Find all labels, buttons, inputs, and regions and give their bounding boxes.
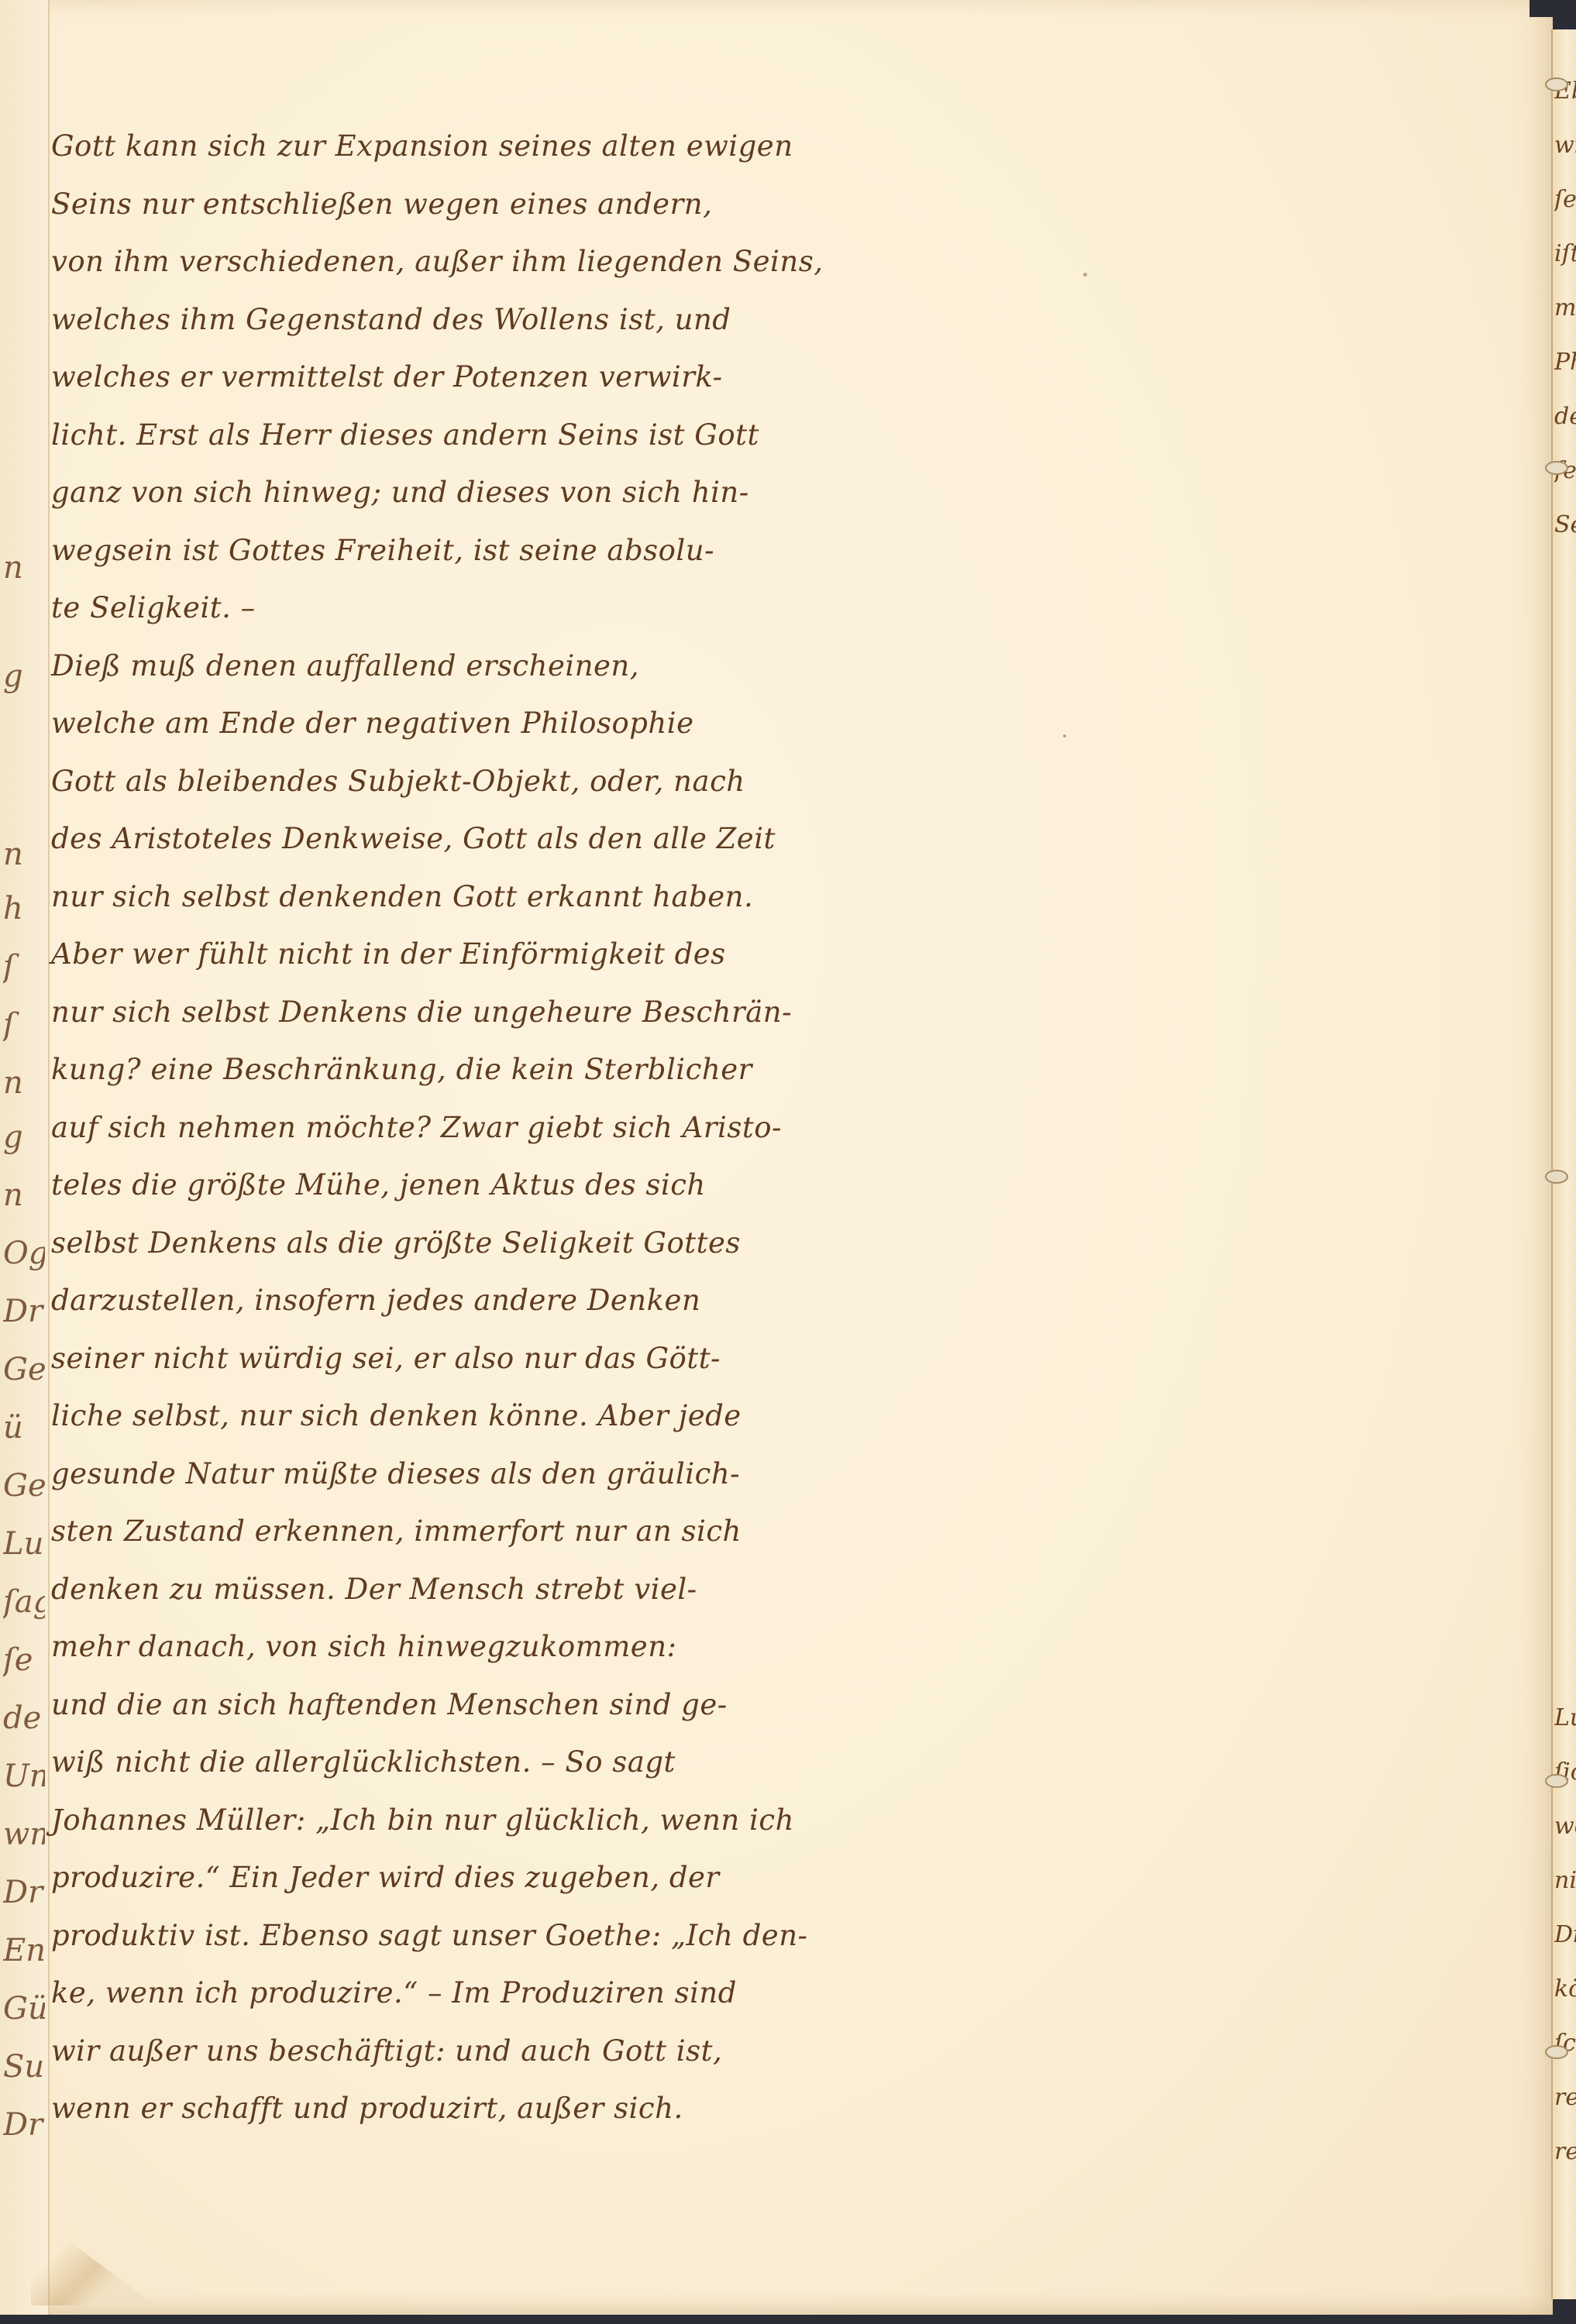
manuscript-line: kung? eine Beschränkung, die kein Sterbl… (51, 1041, 872, 1099)
margin-fragment: de (3, 1700, 45, 1736)
manuscript-line: des Aristoteles Denkweise, Gott als den … (51, 810, 872, 868)
manuscript-line: produktiv ist. Ebenso sagt unser Goethe:… (51, 1907, 872, 1965)
manuscript-line: wenn er schafft und produzirt, außer sic… (51, 2080, 872, 2138)
margin-fragment: n (3, 1065, 45, 1101)
manuscript-line: wegsein ist Gottes Freiheit, ist seine a… (51, 522, 872, 580)
margin-fragment: Dieſ (1554, 1921, 1576, 1948)
manuscript-line: welches er vermittelst der Potenzen verw… (51, 349, 872, 407)
manuscript-line: liche selbst, nur sich denken könne. Abe… (51, 1387, 872, 1446)
manuscript-line: seiner nicht würdig sei, er also nur das… (51, 1330, 872, 1388)
margin-fragment: n (3, 837, 45, 872)
binding-thread-loop (1545, 1170, 1568, 1184)
margin-fragment: Ge (3, 1468, 45, 1504)
margin-fragment: wi (1554, 132, 1576, 159)
binding-thread-loop (1545, 77, 1568, 91)
margin-fragment: Ent (3, 1933, 45, 1968)
manuscript-line: welche am Ende der negativen Philosophie (51, 695, 872, 753)
manuscript-line: denken zu müssen. Der Mensch strebt viel… (51, 1561, 872, 1619)
margin-fragment: ſ (3, 1007, 45, 1043)
manuscript-line: von ihm verschiedenen, außer ihm liegend… (51, 233, 872, 291)
margin-fragment: g (3, 658, 45, 694)
manuscript-line: produzire.“ Ein Jeder wird dies zugeben,… (51, 1849, 872, 1907)
manuscript-line: Aber wer fühlt nicht in der Einförmigkei… (51, 926, 872, 984)
manuscript-line: teles die größte Mühe, jenen Aktus des s… (51, 1157, 872, 1215)
margin-fragment: n (3, 1177, 45, 1213)
manuscript-line: ganz von sich hinweg; und dieses von sic… (51, 464, 872, 522)
ink-speck (1083, 273, 1087, 277)
margin-fragment: rer. w (1554, 2138, 1576, 2165)
margin-fragment: h (3, 891, 45, 927)
margin-fragment: Sein (1554, 511, 1576, 538)
manuscript-line: Dieß muß denen auffallend erscheinen, (51, 638, 872, 696)
right-page-edge-strip: Ebe wi ſer iſt mein Phy des ſein Sein Lu… (1551, 29, 1576, 2299)
manuscript-line: Johannes Müller: „Ich bin nur glücklich,… (51, 1792, 872, 1850)
margin-fragment: ſag (3, 1584, 45, 1620)
manuscript-page: n g n h ſ ſ n g n Og Dr Ge ü Ge Lu ſag ſ… (0, 0, 1553, 2315)
margin-fragment: Og (3, 1236, 45, 1271)
scan-background-corner (1530, 0, 1576, 17)
margin-fragment: ſer (1554, 186, 1576, 213)
manuscript-line: Gott kann sich zur Expansion seines alte… (51, 118, 872, 176)
margin-fragment: g (3, 1119, 45, 1155)
margin-fragment: Dr (3, 2107, 45, 2143)
manuscript-line: nur sich selbst Denkens die ungeheure Be… (51, 984, 872, 1042)
manuscript-line: te Seligkeit. – (51, 579, 872, 638)
margin-fragment: Un (3, 1758, 45, 1794)
left-page-edge-strip: n g n h ſ ſ n g n Og Dr Ge ü Ge Lu ſag ſ… (0, 0, 50, 2315)
manuscript-line: selbst Denkens als die größte Seligkeit … (51, 1215, 872, 1273)
manuscript-line: Seins nur entschließen wegen eines ander… (51, 176, 872, 234)
margin-fragment: wer (1554, 1813, 1576, 1840)
margin-fragment: wm (3, 1817, 45, 1852)
margin-fragment: re: a (1554, 2084, 1576, 2111)
margin-fragment: Dr (3, 1875, 45, 1910)
manuscript-line: sten Zustand erkennen, immerfort nur an … (51, 1503, 872, 1561)
margin-fragment: Su (3, 2049, 45, 2085)
margin-fragment: des (1554, 403, 1576, 430)
margin-fragment: Lun (1554, 1704, 1576, 1731)
margin-fragment: n (3, 550, 45, 586)
folded-corner-crease (31, 2212, 155, 2305)
manuscript-line: mehr danach, von sich hinwegzukommen: (51, 1618, 872, 1676)
margin-fragment: Phy (1554, 349, 1576, 376)
scanned-manuscript: n g n h ſ ſ n g n Og Dr Ge ü Ge Lu ſag ſ… (0, 0, 1576, 2324)
margin-fragment: ü (3, 1410, 45, 1446)
binding-thread-loop (1545, 1774, 1568, 1788)
manuscript-line: auf sich nehmen möchte? Zwar giebt sich … (51, 1099, 872, 1157)
margin-fragment: mein (1554, 294, 1576, 321)
margin-fragment: Gü (3, 1991, 45, 2027)
margin-fragment: Lu (3, 1526, 45, 1562)
manuscript-text-block: Gott kann sich zur Expansion seines alte… (51, 118, 872, 2138)
ink-speck (1063, 734, 1066, 737)
margin-fragment: Ge (3, 1352, 45, 1387)
manuscript-line: darzustellen, insofern jedes andere Denk… (51, 1272, 872, 1330)
manuscript-line: ke, wenn ich produzire.“ – Im Produziren… (51, 1965, 872, 2023)
binding-thread-loop (1545, 2045, 1568, 2059)
margin-fragment: ſe (3, 1642, 45, 1678)
manuscript-line: welches ihm Gegenstand des Wollens ist, … (51, 291, 872, 349)
margin-fragment: ſ (3, 949, 45, 985)
margin-fragment: nich (1554, 1867, 1576, 1894)
margin-fragment: könn (1554, 1975, 1576, 2003)
manuscript-line: wir außer uns beschäftigt: und auch Gott… (51, 2023, 872, 2081)
margin-fragment: iſt (1554, 240, 1576, 267)
manuscript-line: licht. Erst als Herr dieses andern Seins… (51, 407, 872, 465)
margin-fragment: Dr (3, 1294, 45, 1329)
manuscript-line: wiß nicht die allerglücklichsten. – So s… (51, 1734, 872, 1792)
manuscript-line: Gott als bleibendes Subjekt-Objekt, oder… (51, 753, 872, 811)
manuscript-line: gesunde Natur müßte dieses als den gräul… (51, 1446, 872, 1504)
binding-thread-loop (1545, 461, 1568, 475)
manuscript-line: nur sich selbst denkenden Gott erkannt h… (51, 868, 872, 927)
manuscript-line: und die an sich haftenden Menschen sind … (51, 1676, 872, 1734)
